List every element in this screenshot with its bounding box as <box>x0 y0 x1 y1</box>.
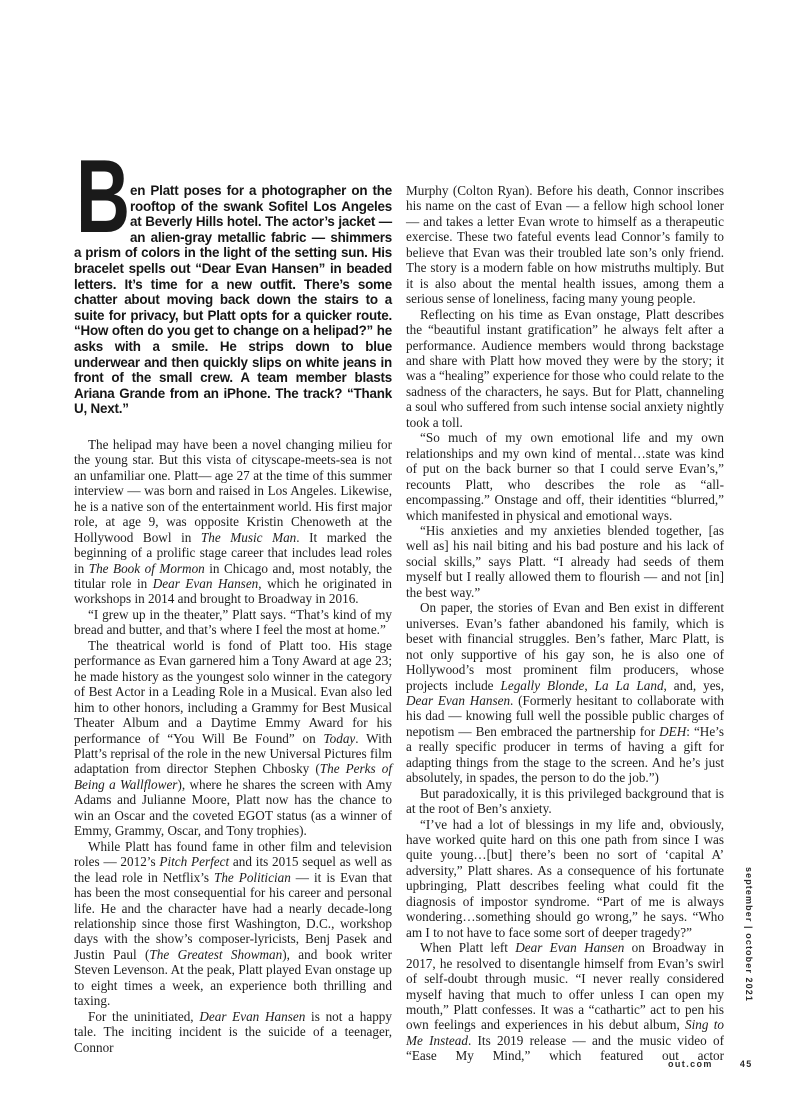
article-body: B en Platt poses for a photographer on t… <box>74 183 724 1064</box>
italic-title: Dear Evan Hansen <box>153 576 259 591</box>
text-run: But paradoxically, it is this privileged… <box>406 786 724 816</box>
text-run: When Platt left <box>420 940 515 955</box>
site-name: out.com <box>668 1059 713 1069</box>
paragraph: For the uninitiated, Dear Evan Hansen is… <box>74 1009 392 1055</box>
italic-title: La La Land <box>595 678 664 693</box>
italic-title: Legally Blonde <box>501 678 585 693</box>
issue-date-vertical: september | october 2021 <box>744 867 754 1002</box>
paragraph: “I’ve had a lot of blessings in my life … <box>406 817 724 941</box>
italic-title: DEH <box>659 724 686 739</box>
page-footer: out.com 45 <box>668 1059 753 1069</box>
paragraph: When Platt left Dear Evan Hansen on Broa… <box>406 940 724 1064</box>
text-run: Reflecting on his time as Evan onstage, … <box>406 307 724 430</box>
italic-title: The Politician <box>214 870 291 885</box>
paragraph: While Platt has found fame in other film… <box>74 839 392 1009</box>
text-run: The helipad may have been a novel changi… <box>74 437 392 545</box>
text-run: Murphy (Colton Ryan). Before his death, … <box>406 183 724 306</box>
drop-cap: B <box>76 145 130 249</box>
text-run: For the uninitiated, <box>88 1009 199 1024</box>
text-run: , <box>584 678 594 693</box>
page-number: 45 <box>740 1059 753 1069</box>
paragraph: The theatrical world is fond of Platt to… <box>74 638 392 839</box>
left-column-paragraphs: The helipad may have been a novel changi… <box>74 437 392 1055</box>
text-run: “I’ve had a lot of blessings in my life … <box>406 817 724 940</box>
italic-title: Dear Evan Hansen <box>515 940 624 955</box>
paragraph: Murphy (Colton Ryan). Before his death, … <box>406 183 724 307</box>
italic-title: The Greatest Showman <box>149 947 282 962</box>
text-run: “I grew up in the theater,” Platt says. … <box>74 607 392 637</box>
right-column: Murphy (Colton Ryan). Before his death, … <box>406 183 724 1064</box>
paragraph: “I grew up in the theater,” Platt says. … <box>74 607 392 638</box>
paragraph: “His anxieties and my anxieties blended … <box>406 523 724 600</box>
paragraph: But paradoxically, it is this privileged… <box>406 786 724 817</box>
paragraph: The helipad may have been a novel changi… <box>74 437 392 607</box>
left-column: B en Platt poses for a photographer on t… <box>74 183 392 1064</box>
italic-title: Dear Evan Hansen <box>199 1009 305 1024</box>
text-run: , and, yes, <box>664 678 724 693</box>
paragraph: Reflecting on his time as Evan onstage, … <box>406 307 724 431</box>
paragraph: On paper, the stories of Evan and Ben ex… <box>406 600 724 785</box>
italic-title: The Music Man <box>201 530 296 545</box>
italic-title: Dear Evan Hansen <box>406 693 510 708</box>
italic-title: Today <box>324 731 356 746</box>
italic-title: The Book of Mormon <box>89 561 205 576</box>
italic-title: Pitch Perfect <box>159 854 229 869</box>
text-run: “His anxieties and my anxieties blended … <box>406 523 724 600</box>
text-run: The theatrical world is fond of Platt to… <box>74 638 392 746</box>
magazine-page: B en Platt poses for a photographer on t… <box>0 0 800 1105</box>
intro-paragraph: B en Platt poses for a photographer on t… <box>74 183 392 417</box>
text-run: “So much of my own emotional life and my… <box>406 430 724 522</box>
paragraph: “So much of my own emotional life and my… <box>406 430 724 523</box>
